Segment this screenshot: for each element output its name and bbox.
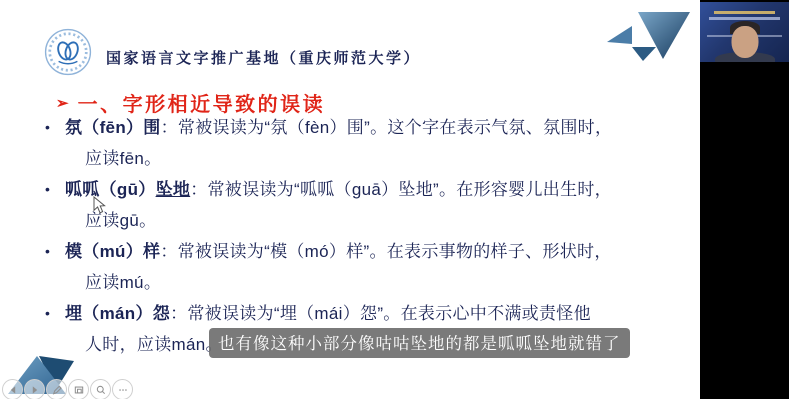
- next-button[interactable]: [24, 379, 45, 399]
- slideshow-icon: [72, 383, 86, 397]
- bullet-item: •模（mú）样：常被误读为“模（mó）样”。在表示事物的样子、形状时，应读mú。: [45, 236, 673, 298]
- bullet-text: ：常被误读为“氛（fèn）围”。这个字在表示气氛、氛围时，: [161, 118, 613, 137]
- bullet-marker: •: [45, 174, 65, 236]
- slide-controls: [2, 379, 133, 399]
- video-panel: [700, 0, 789, 399]
- previous-button[interactable]: [2, 379, 23, 399]
- bullet-list: •氛（fēn）围：常被误读为“氛（fèn）围”。这个字在表示气氛、氛围时，应读f…: [45, 112, 673, 360]
- bullet-text: ：常被误读为“埋（mái）怨”。在表示心中不满或责怪他: [170, 304, 591, 323]
- pen-button[interactable]: [46, 379, 67, 399]
- zoom-icon: [94, 383, 108, 397]
- bullet-marker: •: [45, 236, 65, 298]
- live-caption: 也有像这种小部分像咕咕坠地的都是呱呱坠地就错了: [209, 328, 630, 358]
- presenter-face: [731, 26, 758, 58]
- bullet-line-1: 氛（fēn）围：常被误读为“氛（fèn）围”。这个字在表示气氛、氛围时，: [65, 112, 612, 143]
- term-text: 埋（mán）怨: [65, 304, 170, 323]
- bullet-line-1: 埋（mán）怨：常被误读为“埋（mái）怨”。在表示心中不满或责怪他: [65, 298, 591, 329]
- next-icon: [28, 383, 42, 397]
- bullet-line-1: 呱呱（gū）坠地：常被误读为“呱呱（guā）坠地”。在形容婴儿出生时，: [65, 174, 612, 205]
- bullet-line-1: 模（mú）样：常被误读为“模（mó）样”。在表示事物的样子、形状时，: [65, 236, 612, 267]
- term-text: 模（mú）样: [65, 242, 160, 261]
- university-seal-logo: [44, 28, 92, 76]
- slideshow-button[interactable]: [68, 379, 89, 399]
- more-icon: [116, 383, 130, 397]
- slide-header: 国家语言文字推广基地（重庆师范大学）: [44, 28, 421, 76]
- bullet-line-2: 应读gū。: [65, 205, 612, 236]
- arrow-bullet-icon: ➢: [56, 94, 69, 112]
- bullet-line-2: 应读fēn。: [65, 143, 612, 174]
- pen-icon: [50, 383, 64, 397]
- term-text: 呱呱（gū）: [65, 180, 156, 199]
- bullet-item: •呱呱（gū）坠地：常被误读为“呱呱（guā）坠地”。在形容婴儿出生时，应读gū…: [45, 174, 673, 236]
- previous-icon: [6, 383, 20, 397]
- bullet-item: •氛（fēn）围：常被误读为“氛（fèn）围”。这个字在表示气氛、氛围时，应读f…: [45, 112, 673, 174]
- bullet-text: ：常被误读为“呱呱（guā）坠地”。在形容婴儿出生时，: [190, 180, 612, 199]
- org-name: 国家语言文字推广基地（重庆师范大学）: [106, 37, 421, 68]
- more-button[interactable]: [112, 379, 133, 399]
- bullet-line-2: 应读mú。: [65, 267, 612, 298]
- video-slide-subtitle-line: [709, 17, 780, 20]
- term-underlined-text: 坠地: [156, 180, 191, 199]
- term-text: 氛（fēn）围: [65, 118, 161, 137]
- bullet-text: ：常被误读为“模（mó）样”。在表示事物的样子、形状时，: [160, 242, 611, 261]
- presenter-video[interactable]: [700, 2, 789, 62]
- mouse-cursor: [93, 196, 106, 215]
- video-slide-text-line-right: [756, 35, 782, 37]
- zoom-button[interactable]: [90, 379, 111, 399]
- bullet-marker: •: [45, 112, 65, 174]
- brand-triangles-logo-top: [601, 8, 696, 63]
- video-slide-title-line: [714, 11, 775, 14]
- app-window: 国家语言文字推广基地（重庆师范大学） ➢ 一、字形相近导致的误读 •氛（fēn）…: [0, 0, 789, 399]
- video-slide-text-line-left: [707, 35, 733, 37]
